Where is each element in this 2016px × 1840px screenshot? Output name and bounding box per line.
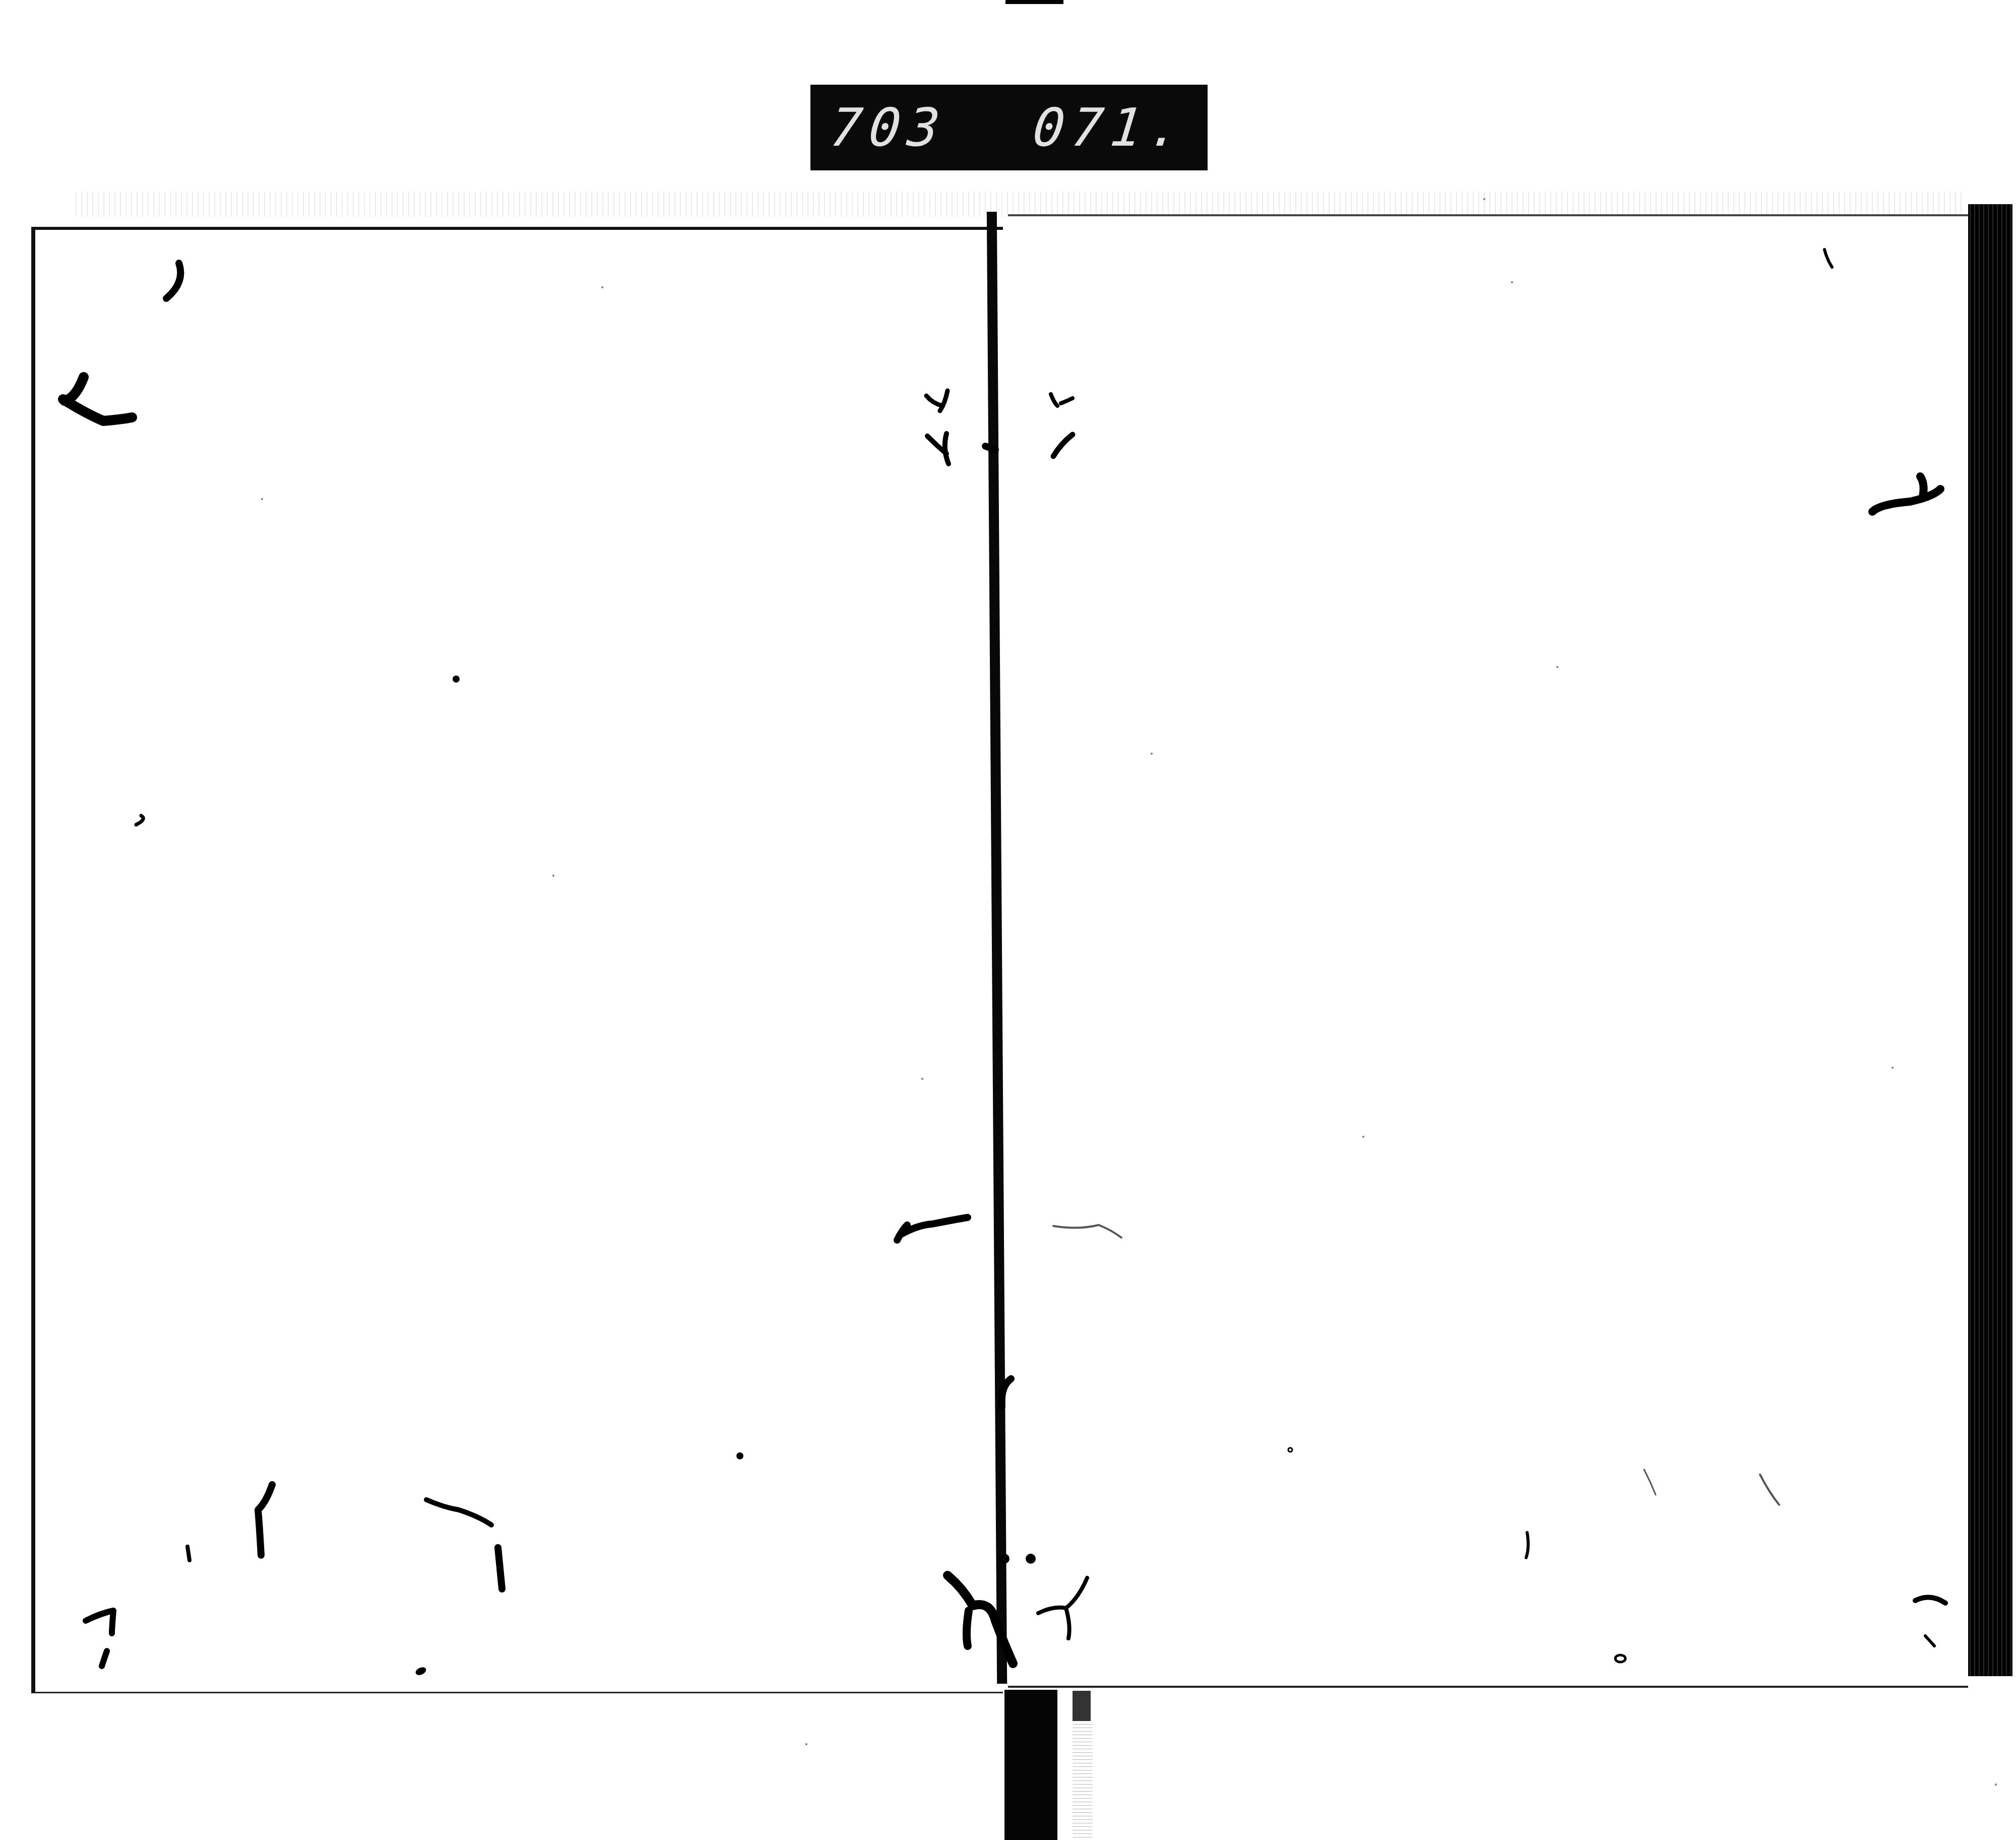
ink-mark — [166, 263, 180, 298]
scan-artifacts — [0, 0, 2016, 1840]
ink-mark — [63, 377, 132, 421]
